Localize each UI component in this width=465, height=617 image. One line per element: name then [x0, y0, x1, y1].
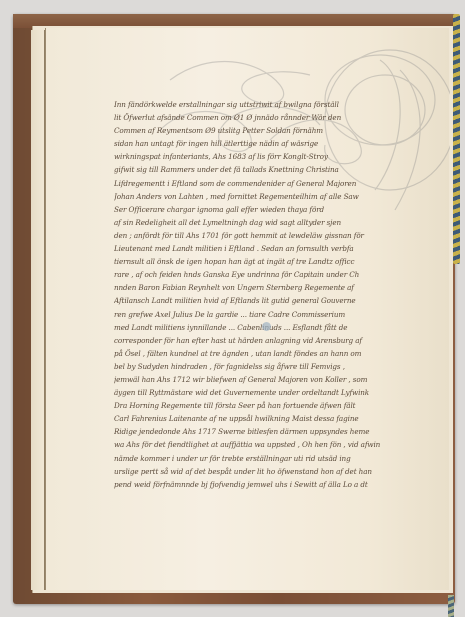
text-line: Lifdregementt i Eftland som de commenden… — [114, 177, 414, 190]
text-line: Ridige jendedonde Ahs 1717 Swerne bitles… — [114, 425, 414, 438]
text-line: corresponder för han efter hast ut härde… — [114, 334, 414, 347]
text-line: Aftilansch Landt militien hvid af Eftlan… — [114, 294, 414, 307]
text-line: Commen af Reymentsom Ø9 utslitg Petter S… — [114, 124, 414, 137]
text-line: Lieutenant med Landt militien i Eftland … — [114, 242, 414, 255]
bookmark-ribbon[interactable] — [453, 14, 460, 264]
text-line: äygen till Ryttmästare wid det Guverneme… — [114, 386, 414, 399]
text-line: sidan han untagt för ingen hill ätlertti… — [114, 137, 414, 150]
text-line: pend weid förfnämnnde bj fjofvendig jemw… — [114, 478, 414, 491]
text-line: Johan Anders von Lahten , med fornittet … — [114, 190, 414, 203]
text-line: Ser Officerare chargar ignoma gall effer… — [114, 203, 414, 216]
text-line: af sin Redeligheit all det Lymeltningh d… — [114, 216, 414, 229]
text-line: bel by Sudyden hindraden , för fagnidels… — [114, 360, 414, 373]
text-line: urslige pertt så wid af det bespåt under… — [114, 465, 414, 478]
text-line: jemwäl han Ahs 1712 wir bliefwen af Gene… — [114, 373, 414, 386]
manuscript-text: Inn fändörkwelde erstallningar sig uttst… — [114, 98, 414, 491]
text-line: Carl Fahrenius Laitenante af ne uppsål h… — [114, 412, 414, 425]
bookmark-ribbon-tail[interactable] — [448, 595, 454, 617]
text-line: ren grefwe Axel Julius De la gardie ... … — [114, 308, 414, 321]
text-line: Inn fändörkwelde erstallningar sig uttst… — [114, 98, 414, 111]
text-line: lit Öfwerlut afsände Commen om Ø1 Ø jnnä… — [114, 111, 414, 124]
text-line: wa Ahs för det fiendtlighet at auffjätti… — [114, 438, 414, 451]
text-line: på Ösel , fälten kundnel at tre ägnden ,… — [114, 347, 414, 360]
text-line: nnden Baron Fabian Reynhelt von Ungern S… — [114, 281, 414, 294]
text-line: Dra Horning Regemente till första Seer p… — [114, 399, 414, 412]
text-line: gifwit sig till Rammers under det fä tal… — [114, 163, 414, 176]
text-line: wirkningspat infanteriants, Ahs 1683 af … — [114, 150, 414, 163]
text-line: den ; anfördt för till Ahs 1701 för gott… — [114, 229, 414, 242]
text-line: tiernsult all önsk de igen hopan han ägt… — [114, 255, 414, 268]
page-gutter-fold — [31, 30, 45, 590]
text-line: rare , af och feiden hnds Ganska Eye und… — [114, 268, 414, 281]
ink-stain — [262, 322, 271, 331]
text-line: nämde kommer i under ur för trebte erstä… — [114, 452, 414, 465]
